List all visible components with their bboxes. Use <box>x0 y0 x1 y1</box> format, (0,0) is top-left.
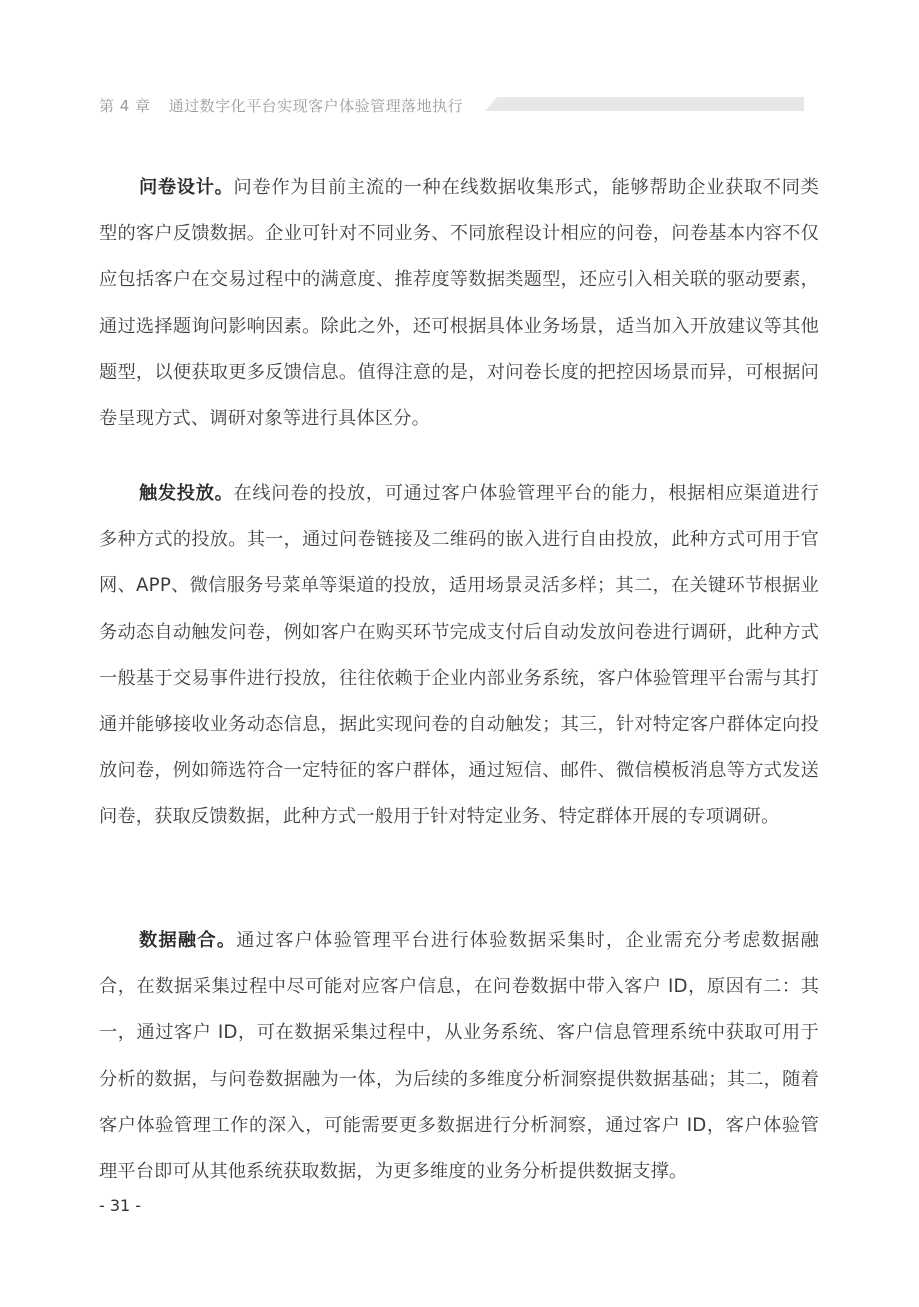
paragraph-text: 问卷作为目前主流的一种在线数据收集形式，能够帮助企业获取不同类型的客户反馈数据。… <box>99 177 819 429</box>
header-decorative-bar <box>485 97 804 111</box>
running-header: 第 4 章 通过数字化平台实现客户体验管理落地执行 <box>99 94 463 116</box>
page-number: - 31 - <box>99 1196 141 1215</box>
paragraph-lead: 数据融合。 <box>139 930 236 951</box>
paragraph-data-fusion: 数据融合。通过客户体验管理平台进行体验数据采集时，企业需充分考虑数据融合，在数据… <box>99 918 819 1195</box>
paragraph-questionnaire-design: 问卷设计。问卷作为目前主流的一种在线数据收集形式，能够帮助企业获取不同类型的客户… <box>99 165 819 442</box>
paragraph-text: 通过客户体验管理平台进行体验数据采集时，企业需充分考虑数据融合，在数据采集过程中… <box>99 930 819 1182</box>
paragraph-lead: 触发投放。 <box>139 483 234 504</box>
chapter-number: 第 4 章 <box>99 95 151 116</box>
paragraph-lead: 问卷设计。 <box>139 177 234 198</box>
chapter-title: 通过数字化平台实现客户体验管理落地执行 <box>169 95 464 116</box>
paragraph-trigger-distribution: 触发投放。在线问卷的投放，可通过客户体验管理平台的能力，根据相应渠道进行多种方式… <box>99 471 819 841</box>
paragraph-text: 在线问卷的投放，可通过客户体验管理平台的能力，根据相应渠道进行多种方式的投放。其… <box>99 483 819 827</box>
